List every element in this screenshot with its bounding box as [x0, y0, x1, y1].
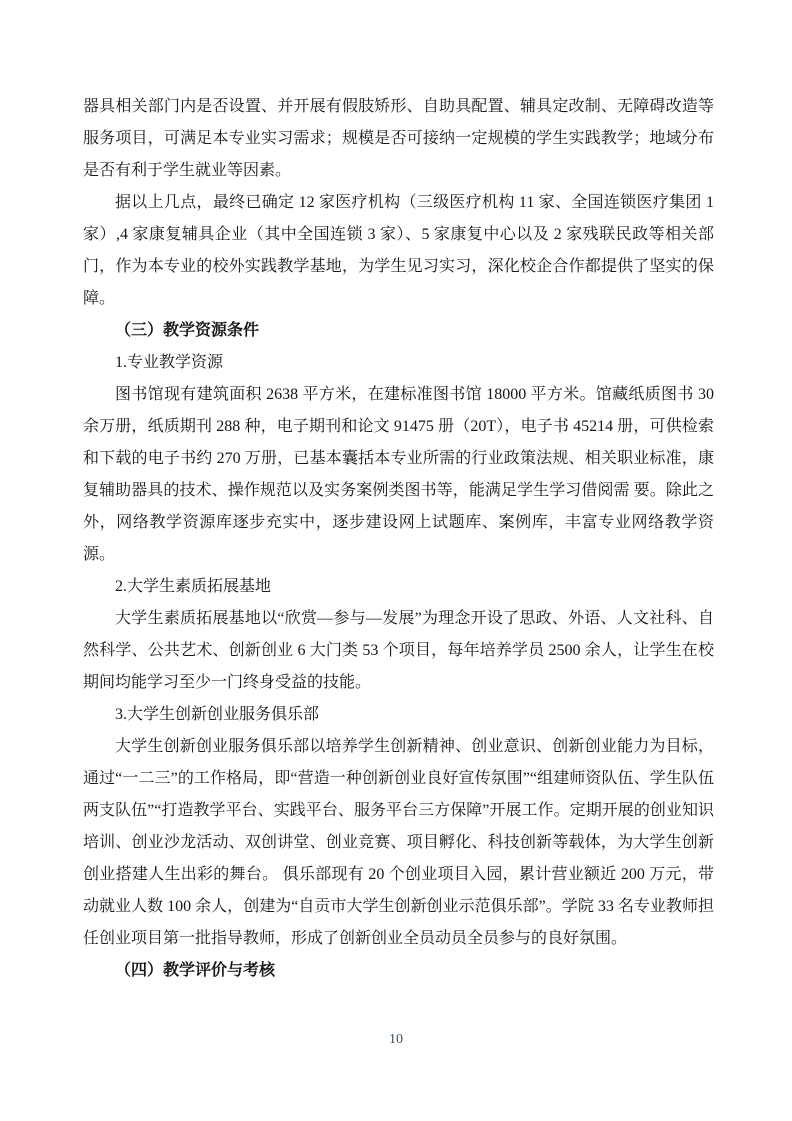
document-page: 器具相关部门内是否设置、并开展有假肢矫形、自助具配置、辅具定改制、无障碍改造等服…	[0, 0, 792, 1121]
subheading-quality-development-base: 2.大学生素质拓展基地	[83, 571, 714, 603]
paragraph-continuation: 器具相关部门内是否设置、并开展有假肢矫形、自助具配置、辅具定改制、无障碍改造等服…	[83, 91, 714, 187]
paragraph-quality-development-base: 大学生素质拓展基地以“欣赏—参与—发展”为理念开设了思政、外语、人文社科、自然科…	[83, 603, 714, 699]
section-heading-teaching-resources: （三）教学资源条件	[83, 315, 714, 347]
paragraph-library-resources: 图书馆现有建筑面积 2638 平方米，在建标准图书馆 18000 平方米。馆藏纸…	[83, 379, 714, 571]
section-heading-teaching-evaluation: （四）教学评价与考核	[83, 955, 714, 987]
subheading-innovation-club: 3.大学生创新创业服务俱乐部	[83, 699, 714, 731]
subheading-professional-teaching-resources: 1.专业教学资源	[83, 347, 714, 379]
page-content: 器具相关部门内是否设置、并开展有假肢矫形、自助具配置、辅具定改制、无障碍改造等服…	[83, 91, 714, 987]
paragraph-innovation-club: 大学生创新创业服务俱乐部以培养学生创新精神、创业意识、创新创业能力为目标，通过“…	[83, 731, 714, 955]
paragraph-practice-bases: 据以上几点，最终已确定 12 家医疗机构（三级医疗机构 11 家、全国连锁医疗集…	[83, 187, 714, 315]
page-footer: 10	[0, 1030, 792, 1050]
page-number: 10	[389, 1032, 403, 1047]
